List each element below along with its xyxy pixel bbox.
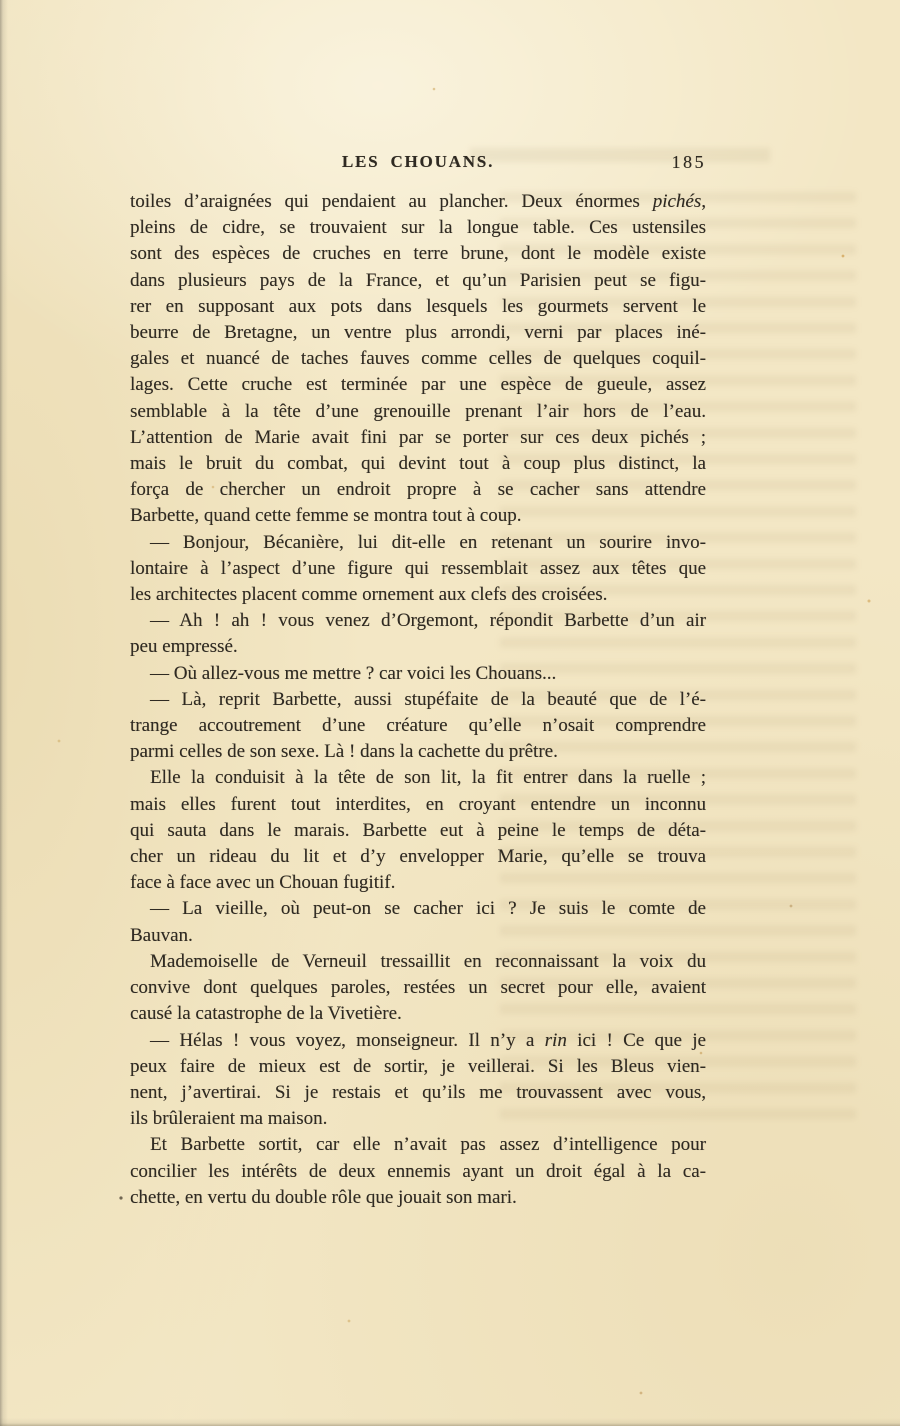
- text-line: Elle la conduisit à la tête de son lit, …: [130, 765, 706, 791]
- text-line: semblable à la tête d’une grenouille pre…: [130, 399, 706, 425]
- paragraph: — Où allez-vous me mettre ? car voici le…: [130, 661, 706, 687]
- paragraph: — La vieille, où peut-on se cacher ici ?…: [130, 896, 706, 948]
- paragraph: Elle la conduisit à la tête de son lit, …: [130, 765, 706, 896]
- paper-specks: [0, 0, 2, 2]
- text-block: toiles d’araignées qui pendaient au plan…: [130, 189, 706, 1211]
- text-line: Mademoiselle de Verneuil tressaillit en …: [130, 949, 706, 975]
- text-line: Bauvan.: [130, 923, 706, 949]
- text-line: lages. Cette cruche est terminée par une…: [130, 372, 706, 398]
- text-line: Et Barbette sortit, car elle n’avait pas…: [130, 1132, 706, 1158]
- text-line: mais elles furent tout interdites, en cr…: [130, 792, 706, 818]
- text-line: causé la catastrophe de la Vivetière.: [130, 1001, 706, 1027]
- text-line: — La vieille, où peut-on se cacher ici ?…: [130, 896, 706, 922]
- text-line: — Ah ! ah ! vous venez d’Orgemont, répon…: [130, 608, 706, 634]
- text-line: Barbette, quand cette femme se montra to…: [130, 503, 706, 529]
- text-line: beurre de Bretagne, un ventre plus arron…: [130, 320, 706, 346]
- text-line: L’attention de Marie avait fini par se p…: [130, 425, 706, 451]
- text-line: qui sauta dans le marais. Barbette eut à…: [130, 818, 706, 844]
- text-line: nent, j’avertirai. Si je restais et qu’i…: [130, 1080, 706, 1106]
- text-line: sont des espèces de cruches en terre bru…: [130, 241, 706, 267]
- text-line: les architectes placent comme ornement a…: [130, 582, 706, 608]
- text-line: pleins de cidre, se trouvaient sur la lo…: [130, 215, 706, 241]
- text-line: peux faire de mieux est de sortir, je ve…: [130, 1054, 706, 1080]
- paragraph: — Là, reprit Barbette, aussi stupéfaite …: [130, 687, 706, 766]
- text-line: — Hélas ! vous voyez, monseigneur. Il n’…: [130, 1028, 706, 1054]
- text-line: concilier les intérêts de deux ennemis a…: [130, 1159, 706, 1185]
- text-line: força de chercher un endroit propre à se…: [130, 477, 706, 503]
- page-number: 185: [672, 152, 707, 173]
- text-line: face à face avec un Chouan fugitif.: [130, 870, 706, 896]
- text-line: ils brûleraient ma maison.: [130, 1106, 706, 1132]
- paragraph: — Bonjour, Bécanière, lui dit-elle en re…: [130, 530, 706, 609]
- text-line: — Où allez-vous me mettre ? car voici le…: [130, 661, 706, 687]
- text-line: mais le bruit du combat, qui devint tout…: [130, 451, 706, 477]
- text-line: chette, en vertu du double rôle que joua…: [130, 1185, 706, 1211]
- paragraph: — Hélas ! vous voyez, monseigneur. Il n’…: [130, 1028, 706, 1133]
- text-line: convive dont quelques paroles, restées u…: [130, 975, 706, 1001]
- text-line: gales et nuancé de taches fauves comme c…: [130, 346, 706, 372]
- text-line: parmi celles de son sexe. Là ! dans la c…: [130, 739, 706, 765]
- text-line: — Là, reprit Barbette, aussi stupéfaite …: [130, 687, 706, 713]
- text-line: — Bonjour, Bécanière, lui dit-elle en re…: [130, 530, 706, 556]
- paragraph: Et Barbette sortit, car elle n’avait pas…: [130, 1132, 706, 1211]
- text-line: lontaire à l’aspect d’une figure qui res…: [130, 556, 706, 582]
- paragraph: Mademoiselle de Verneuil tressaillit en …: [130, 949, 706, 1028]
- book-page: LES CHOUANS. 185 toiles d’araignées qui …: [0, 0, 900, 1426]
- running-title: LES CHOUANS.: [130, 152, 706, 172]
- text-line: peu empressé.: [130, 634, 706, 660]
- text-line: rer en supposant aux pots dans lesquels …: [130, 294, 706, 320]
- text-line: trange accoutrement d’une créature qu’el…: [130, 713, 706, 739]
- text-line: toiles d’araignées qui pendaient au plan…: [130, 189, 706, 215]
- page-header: LES CHOUANS. 185: [130, 150, 706, 178]
- paragraph: toiles d’araignées qui pendaient au plan…: [130, 189, 706, 530]
- text-line: cher un rideau du lit et d’y envelopper …: [130, 844, 706, 870]
- paragraph: — Ah ! ah ! vous venez d’Orgemont, répon…: [130, 608, 706, 660]
- text-line: dans plusieurs pays de la France, et qu’…: [130, 268, 706, 294]
